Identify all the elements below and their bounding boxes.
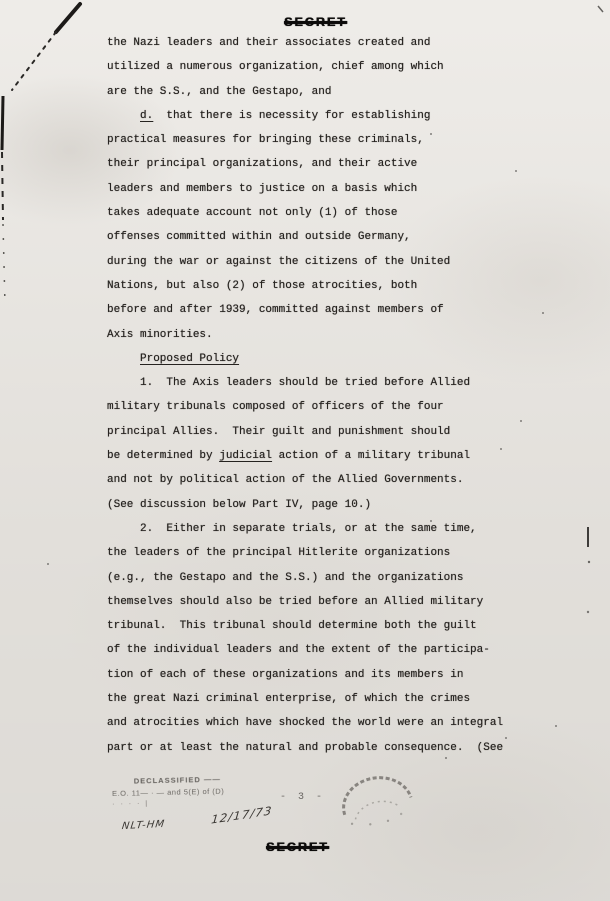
ink-speck: [430, 133, 432, 135]
document-line: the great Nazi criminal enterprise, of w…: [107, 687, 547, 711]
document-line: of the individual leaders and the extent…: [107, 638, 547, 662]
ink-speck: [430, 520, 432, 522]
declassified-stamp-line2: E.O. 11— · — and 5(E) of (D): [112, 785, 302, 798]
ink-speck: [445, 757, 447, 759]
handwritten-initials: NLT-HM: [121, 819, 166, 832]
document-line: military tribunals composed of officers …: [107, 395, 547, 419]
document-line: d. that there is necessity for establish…: [107, 104, 547, 128]
document-line: tion of each of these organizations and …: [107, 663, 547, 687]
document-line: Proposed Policy: [107, 347, 547, 371]
document-line: (e.g., the Gestapo and the S.S.) and the…: [107, 566, 547, 590]
ink-speck: [520, 420, 522, 422]
document-line: the Nazi leaders and their associates cr…: [107, 31, 547, 55]
edge-marks: [570, 0, 610, 660]
document-line: during the war or against the citizens o…: [107, 250, 547, 274]
ink-speck: [555, 725, 557, 727]
faint-round-stamp: [333, 770, 423, 830]
handwritten-date: 12/17/73: [211, 803, 274, 826]
document-line: themselves should also be tried before a…: [107, 590, 547, 614]
ink-speck: [515, 170, 517, 172]
ink-speck: [500, 448, 502, 450]
pen-mark: [0, 0, 110, 330]
secret-stamp-top: SECRET: [284, 15, 347, 28]
document-line: Nations, but also (2) of those atrocitie…: [107, 274, 547, 298]
document-line: tribunal. This tribunal should determine…: [107, 614, 547, 638]
document-line: leaders and members to justice on a basi…: [107, 177, 547, 201]
declassified-stamp-line3: · · · · |: [112, 797, 302, 808]
document-line: utilized a numerous organization, chief …: [107, 55, 547, 79]
document-line: and atrocities which have shocked the wo…: [107, 711, 547, 735]
document-line: 1. The Axis leaders should be tried befo…: [107, 371, 547, 395]
document-line: be determined by judicial action of a mi…: [107, 444, 547, 468]
ink-speck: [47, 563, 49, 565]
page-number: - 3 -: [280, 792, 325, 803]
declassified-stamp: DECLASSIFIED —— E.O. 11— · — and 5(E) of…: [112, 773, 303, 808]
document-line: are the S.S., and the Gestapo, and: [107, 80, 547, 104]
document-line: before and after 1939, committed against…: [107, 298, 547, 322]
scanned-document-page: SECRET the Nazi leaders and their associ…: [0, 0, 610, 901]
document-line: 2. Either in separate trials, or at the …: [107, 517, 547, 541]
declassified-stamp-line1: DECLASSIFIED ——: [112, 773, 302, 786]
document-line: and not by political action of the Allie…: [107, 468, 547, 492]
ink-speck: [542, 312, 544, 314]
document-line: takes adequate account not only (1) of t…: [107, 201, 547, 225]
secret-stamp-bottom: SECRET: [266, 840, 329, 853]
document-line: offenses committed within and outside Ge…: [107, 225, 547, 249]
document-line: the leaders of the principal Hitlerite o…: [107, 541, 547, 565]
document-line: (See discussion below Part IV, page 10.): [107, 493, 547, 517]
document-line: their principal organizations, and their…: [107, 152, 547, 176]
ink-speck: [505, 737, 507, 739]
document-line: practical measures for bringing these cr…: [107, 128, 547, 152]
document-line: Axis minorities.: [107, 323, 547, 347]
document-lines: the Nazi leaders and their associates cr…: [107, 31, 547, 760]
document-line: part or at least the natural and probabl…: [107, 736, 547, 760]
document-line: principal Allies. Their guilt and punish…: [107, 420, 547, 444]
